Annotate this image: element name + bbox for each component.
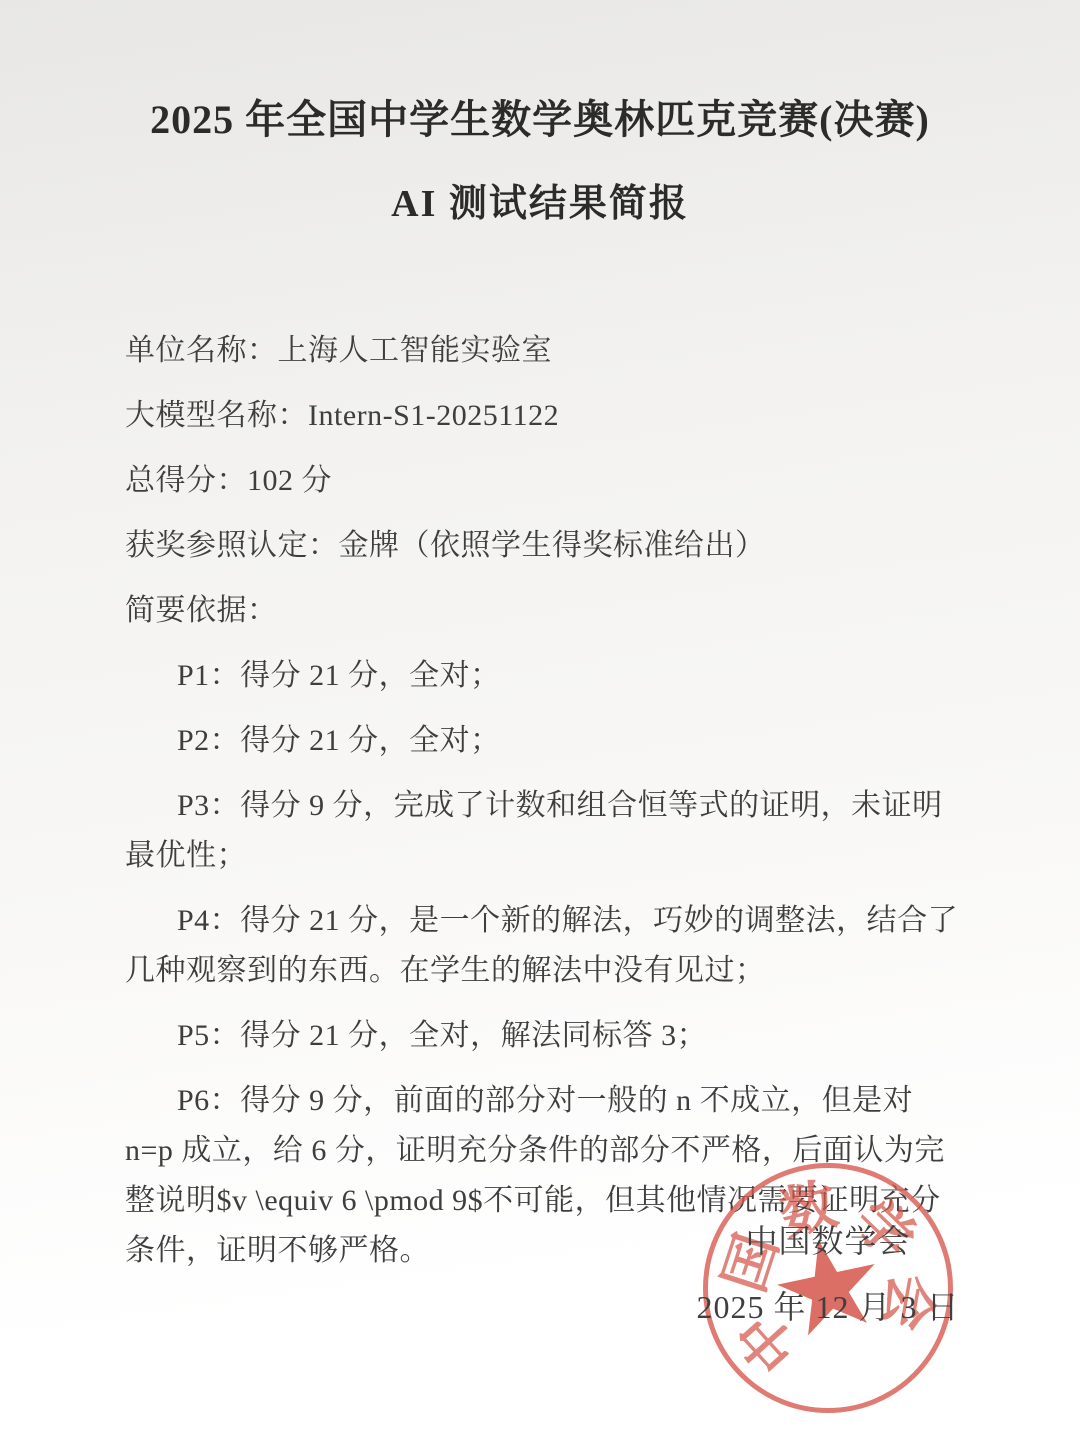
document-date: 2025 年 12 月 3 日: [691, 1289, 965, 1325]
item-p3: P3：得分 9 分，完成了计数和组合恒等式的证明，未证明最优性；: [125, 781, 962, 881]
document-page: 2025 年全国中学生数学奥林匹克竞赛(决赛) AI 测试结果简报 单位名称：上…: [0, 0, 1080, 1446]
document-body: 单位名称：上海人工智能实验室 大模型名称：Intern-S1-20251122 …: [125, 326, 962, 1276]
item-p1: P1：得分 21 分，全对；: [125, 651, 962, 701]
document-subtitle: AI 测试结果简报: [0, 182, 1080, 226]
stamp-area: 中国数学会 中国数学会 2025 年 12 月 3 日: [703, 1163, 953, 1413]
field-unit-name: 单位名称：上海人工智能实验室: [125, 326, 962, 376]
field-award-level: 获奖参照认定：金牌（依照学生得奖标准给出）: [125, 521, 962, 571]
field-total-score: 总得分：102 分: [125, 456, 962, 506]
organization-name: 中国数学会: [703, 1223, 953, 1259]
item-p4: P4：得分 21 分，是一个新的解法，巧妙的调整法，结合了几种观察到的东西。在学…: [125, 896, 962, 996]
field-model-name: 大模型名称：Intern-S1-20251122: [125, 391, 962, 441]
official-seal: 中国数学会: [703, 1163, 953, 1413]
title-block: 2025 年全国中学生数学奥林匹克竞赛(决赛) AI 测试结果简报: [0, 0, 1080, 226]
document-title: 2025 年全国中学生数学奥林匹克竞赛(决赛): [0, 96, 1080, 144]
item-p2: P2：得分 21 分，全对；: [125, 716, 962, 766]
item-p5: P5：得分 21 分，全对，解法同标答 3；: [125, 1011, 962, 1061]
field-basis-label: 简要依据：: [125, 586, 962, 636]
